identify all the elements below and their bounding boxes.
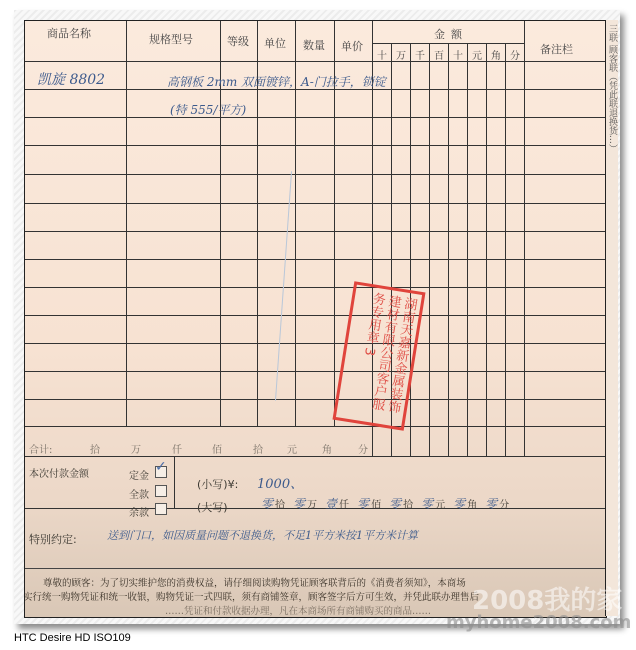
- total-unit: 分: [358, 441, 368, 456]
- full-payment-checkbox[interactable]: [155, 485, 167, 497]
- big-unit: 万: [307, 496, 317, 511]
- total-unit: 佰: [212, 441, 222, 456]
- grid-line: [25, 203, 606, 204]
- big-unit: 拾: [403, 496, 413, 511]
- digit-label: 元: [470, 47, 484, 62]
- total-unit: 仟: [172, 441, 182, 456]
- total-unit: 万: [131, 441, 141, 456]
- payment-option-full: 全款: [129, 486, 149, 501]
- check-mark-icon: ✓: [155, 459, 167, 475]
- grid-line: [467, 43, 468, 456]
- grid-line: [25, 259, 606, 260]
- notice-line-3: ……凭证和付款收据办理，凡在本商场所有商铺购买的商品……: [165, 603, 431, 617]
- header-grade: 等级: [227, 33, 249, 49]
- receipt-form: 商品名称 规格型号 等级 单位 数量 单价 金额 备注栏 十 万 千 百 十 元…: [24, 20, 607, 618]
- grid-line: [429, 43, 430, 456]
- grid-line: [174, 456, 175, 508]
- grid-line: [25, 456, 606, 457]
- balance-checkbox[interactable]: [155, 503, 167, 515]
- big-digit: 零: [453, 495, 465, 512]
- photo-caption: HTC Desire HD ISO109: [14, 632, 131, 644]
- big-digit: 壹: [325, 495, 337, 512]
- side-stub-text: 三联 顾客联（凭此联退换货…）: [607, 24, 617, 153]
- total-unit: 拾: [90, 441, 100, 456]
- grid-line: [126, 21, 127, 426]
- header-spec-model: 规格型号: [149, 31, 193, 47]
- grid-line: [25, 315, 606, 316]
- company-stamp: 湖南天嘉新金属装饰建材有限公司客户服务专用章 3: [332, 281, 425, 431]
- header-amount: 金额: [434, 26, 468, 42]
- grid-line: [25, 231, 606, 232]
- amount-small-label: (小写)¥:: [197, 476, 238, 492]
- big-digit: 零: [389, 495, 401, 512]
- header-remarks: 备注栏: [540, 41, 573, 57]
- grid-line: [25, 145, 606, 146]
- total-label: 合计:: [29, 441, 52, 456]
- amount-big-label: (大写): [197, 499, 228, 515]
- grid-line: [410, 43, 411, 456]
- amount-small-value: 1000、: [257, 473, 303, 492]
- grid-line: [25, 117, 606, 118]
- big-unit: 角: [467, 496, 477, 511]
- digit-label: 十: [375, 47, 389, 62]
- header-quantity: 数量: [303, 37, 325, 53]
- row-spec-model: 高钢板 2mm 双面镀锌，A-门拉手，锁锭: [167, 73, 386, 90]
- grid-line: [25, 174, 606, 175]
- grid-line: [25, 426, 606, 427]
- digit-label: 角: [489, 47, 503, 62]
- total-unit: 拾: [253, 441, 263, 456]
- big-unit: 分: [499, 496, 509, 511]
- special-terms-value: 送到门口，如因质量问题不退换货，不足1平方米按1平方米计算: [107, 527, 418, 543]
- header-product-name: 商品名称: [47, 25, 91, 41]
- payment-label: 本次付款金额: [29, 465, 89, 480]
- digit-label: 百: [432, 47, 446, 62]
- digit-label: 千: [413, 47, 427, 62]
- grid-line: [25, 287, 606, 288]
- grid-line: [448, 43, 449, 456]
- big-unit: 拾: [275, 496, 285, 511]
- big-digit: 零: [357, 495, 369, 512]
- grid-line: [25, 399, 606, 400]
- total-unit: 元: [287, 441, 297, 456]
- header-unit-price: 单价: [341, 38, 363, 54]
- grid-line: [486, 43, 487, 456]
- row-spec-model-line2: (特 555/平方): [170, 101, 246, 118]
- pen-stroke: [275, 171, 292, 401]
- grid-line: [25, 568, 606, 569]
- total-unit: 角: [322, 441, 332, 456]
- big-digit: 零: [261, 495, 273, 512]
- amount-big-row: 零 拾 零 万 壹 仟 零 佰 零 拾 零 元 零 角 零 分: [261, 495, 509, 512]
- digit-label: 分: [508, 47, 522, 62]
- big-digit: 零: [485, 495, 497, 512]
- row-product-name: 凯旋 8802: [37, 69, 105, 89]
- watermark-line-2: myhome2008.com: [446, 612, 631, 633]
- grid-line: [25, 371, 606, 372]
- grid-line: [372, 43, 524, 44]
- big-digit: 零: [293, 495, 305, 512]
- payment-option-deposit: 定金: [129, 467, 149, 482]
- header-unit: 单位: [264, 35, 286, 51]
- special-terms-label: 特别约定:: [29, 531, 77, 547]
- grid-line: [505, 43, 506, 456]
- digit-label: 十: [451, 47, 465, 62]
- payment-option-balance: 余款: [129, 504, 149, 519]
- digit-label: 万: [394, 47, 408, 62]
- notice-line-2: 实行统一购物凭证和统一收银，购物凭证一式四联，须有商铺签章，顾客签字后方可生效，…: [24, 589, 479, 603]
- big-unit: 元: [435, 496, 445, 511]
- grid-line: [25, 343, 606, 344]
- notice-line-1: 尊敬的顾客：为了切实维护您的消费权益，请仔细阅读购物凭证顾客联背后的《消费者须知…: [43, 575, 466, 589]
- big-digit: 零: [421, 495, 433, 512]
- grid-line: [524, 21, 525, 456]
- big-unit: 佰: [371, 496, 381, 511]
- big-unit: 仟: [339, 496, 349, 511]
